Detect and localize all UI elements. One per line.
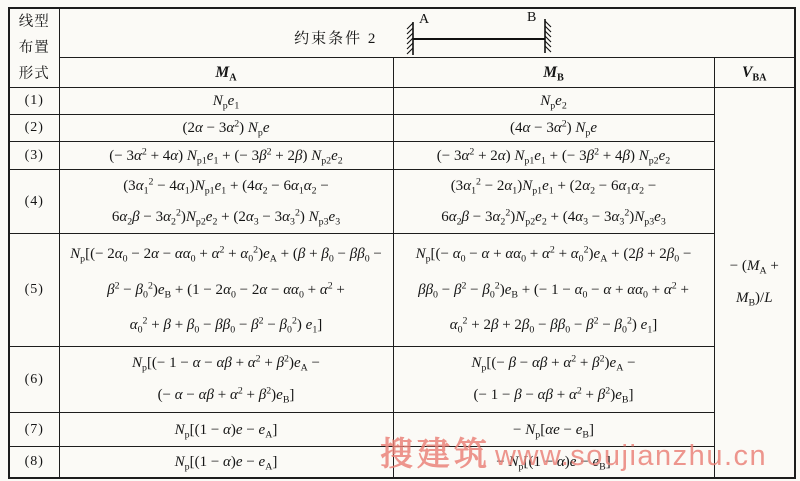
mb-formula-cell-4: (3α12 − 2α1)Np1e1 + (2α2 − 6α1α2 −6α2β −… (393, 170, 714, 234)
ma-formula-cell-4: (3α12 − 4α1)Np1e1 + (4α2 − 6α1α2 −6α2β −… (59, 170, 393, 234)
row-label-2: (2) (9, 115, 59, 142)
vba-formula-cell: − (MA +MB)/L (714, 88, 795, 478)
ma-formula-cell-7: Np[(1 − α)e − eA] (59, 413, 393, 447)
row-label-6: (6) (9, 347, 59, 413)
ma-formula-cell-2: (2α − 3α2) Npe (59, 115, 393, 142)
beam-end-b-label: B (527, 10, 536, 25)
fixed-beam-diagram: A B (399, 9, 559, 57)
mb-formula-cell-3: (− 3α2 + 2α) Np1e1 + (− 3β2 + 4β) Np2e2 (393, 142, 714, 170)
row-label-8: (8) (9, 447, 59, 478)
mb-formula-cell-7: − Np[αe − eB] (393, 413, 714, 447)
ma-formula-cell-3: (− 3α2 + 4α) Np1e1 + (− 3β2 + 2β) Np2e2 (59, 142, 393, 170)
corner-header-line-type: 线型布置形式 (9, 8, 59, 88)
formula-table: 线型布置形式 约束条件 2 A B (8, 7, 796, 479)
mb-formula-cell-6: Np[(− β − αβ + α2 + β2)eA −(− 1 − β − αβ… (393, 347, 714, 413)
ma-formula-cell-5: Np[(− 2α0 − 2α − αα0 + α2 + α02)eA + (β … (59, 234, 393, 347)
row-label-5: (5) (9, 234, 59, 347)
ma-formula-cell-1: Npe1 (59, 88, 393, 115)
constraint-condition-label: 约束条件 2 (294, 27, 377, 48)
row-label-7: (7) (9, 413, 59, 447)
ma-formula-cell-8: Np[(1 − α)e − eA] (59, 447, 393, 478)
constraint-condition-header: 约束条件 2 A B (59, 8, 795, 58)
beam-end-a-label: A (419, 12, 430, 27)
support-a-icon (407, 22, 413, 55)
mb-formula-cell-8: − Np[(1 − α)e − eB] (393, 447, 714, 478)
col-header-mb: MB (393, 58, 714, 88)
mb-formula-cell-2: (4α − 3α2) Npe (393, 115, 714, 142)
row-label-3: (3) (9, 142, 59, 170)
mb-formula-cell-1: Npe2 (393, 88, 714, 115)
mb-formula-cell-5: Np[(− α0 − α + αα0 + α2 + α02)eA + (2β +… (393, 234, 714, 347)
support-b-icon (545, 19, 551, 53)
col-header-ma: MA (59, 58, 393, 88)
col-header-vba: VBA (714, 58, 795, 88)
ma-formula-cell-6: Np[(− 1 − α − αβ + α2 + β2)eA −(− α − αβ… (59, 347, 393, 413)
row-label-1: (1) (9, 88, 59, 115)
row-label-4: (4) (9, 170, 59, 234)
